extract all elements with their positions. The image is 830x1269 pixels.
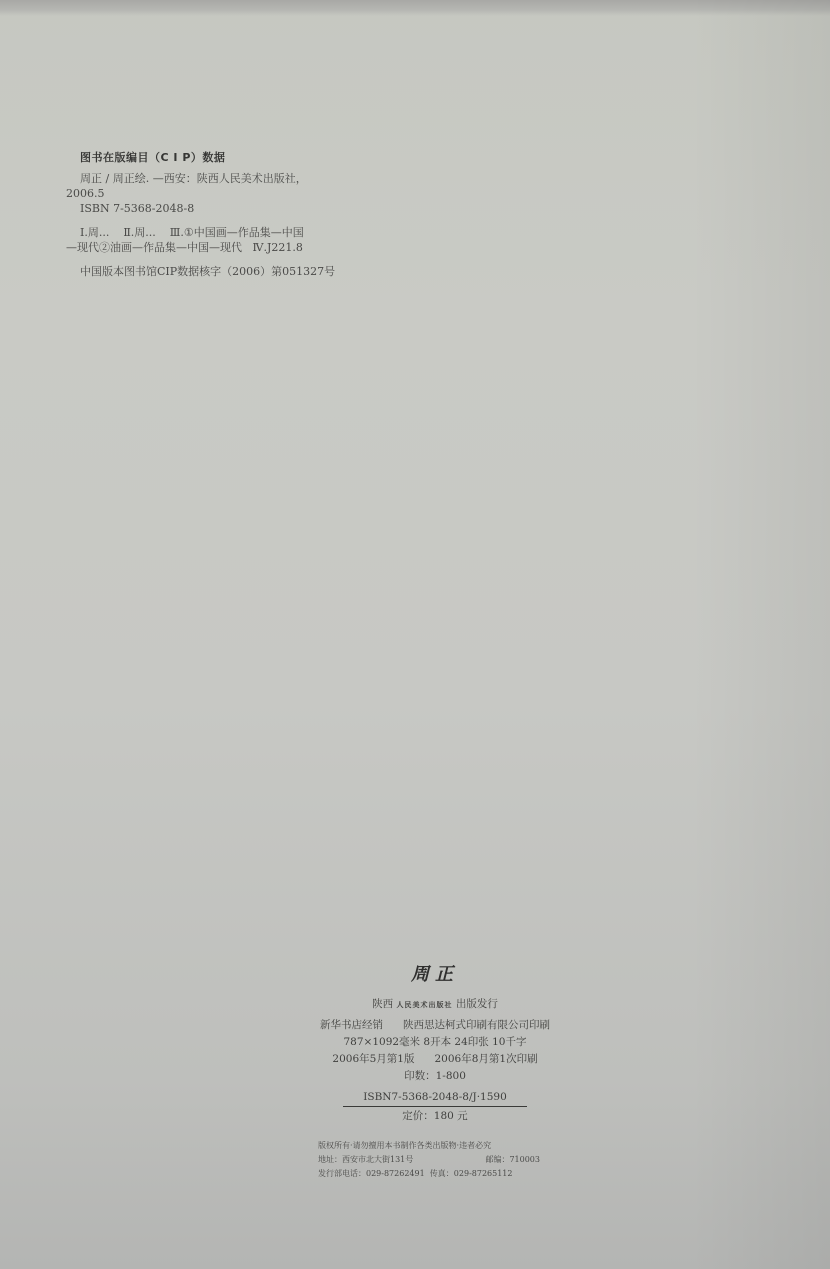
format-line: 787×1092毫米 8开本 24印张 10千字 [300, 1034, 570, 1051]
printer: 陕西思达柯式印刷有限公司印刷 [403, 1019, 550, 1031]
print-run: 印数：1-800 [300, 1068, 570, 1085]
price: 定价：180 元 [343, 1107, 527, 1125]
printing: 2006年8月第1次印刷 [435, 1053, 538, 1065]
edition: 2006年5月第1版 [332, 1053, 414, 1065]
fine-print: 版权所有·请勿擅用本书制作各类出版物·违者必究 地址：西安市北大街131号邮编：… [300, 1139, 570, 1181]
address-line: 地址：西安市北大街131号邮编：710003 [318, 1153, 570, 1167]
cip-isbn: ISBN 7-5368-2048-8 [66, 201, 386, 216]
page-shadow [690, 0, 830, 1269]
publisher-line: 陕西 人民美术出版社 出版发行 [300, 996, 570, 1013]
publisher-suffix: 出版发行 [456, 998, 498, 1010]
cip-data-block: 图书在版编目（C I P）数据 周正 / 周正绘. —西安：陕西人民美术出版社，… [66, 150, 386, 279]
copyright-notice: 版权所有·请勿擅用本书制作各类出版物·违者必究 [318, 1139, 570, 1153]
colophon-block: 周正 陕西 人民美术出版社 出版发行 新华书店经销陕西思达柯式印刷有限公司印刷 … [300, 960, 570, 1181]
cip-subject-line-2: —现代②油画—作品集—中国—现代 Ⅳ.J221.8 [66, 240, 386, 255]
distribution-line: 新华书店经销陕西思达柯式印刷有限公司印刷 [300, 1017, 570, 1034]
cip-subject-line-1: Ⅰ.周... Ⅱ.周... Ⅲ.①中国画—作品集—中国 [66, 225, 386, 240]
postcode: 邮编：710003 [485, 1153, 540, 1167]
book-page: 图书在版编目（C I P）数据 周正 / 周正绘. —西安：陕西人民美术出版社，… [0, 0, 830, 1269]
cip-date: 2006.5 [66, 186, 386, 201]
cip-verification-number: 中国版本图书馆CIP数据核字（2006）第051327号 [66, 264, 386, 279]
contact-line: 发行部电话：029-87262491 传真：029-87265112 [318, 1167, 570, 1181]
cip-title: 图书在版编目（C I P）数据 [80, 150, 386, 165]
publisher-name: 人民美术出版社 [397, 1000, 453, 1009]
phone: 发行部电话：029-87262491 [318, 1169, 425, 1178]
edition-line: 2006年5月第1版2006年8月第1次印刷 [300, 1051, 570, 1068]
isbn-full: ISBN7-5368-2048-8/J·1590 [343, 1089, 527, 1107]
isbn-price-block: ISBN7-5368-2048-8/J·1590 定价：180 元 [343, 1089, 527, 1125]
address: 地址：西安市北大街131号 [318, 1155, 413, 1164]
fax: 传真：029-87265112 [430, 1169, 513, 1178]
cip-author-line: 周正 / 周正绘. —西安：陕西人民美术出版社， [66, 171, 386, 186]
publisher-logo: 周正 [300, 960, 570, 990]
distributor: 新华书店经销 [320, 1019, 383, 1031]
publisher-prefix: 陕西 [372, 998, 393, 1010]
